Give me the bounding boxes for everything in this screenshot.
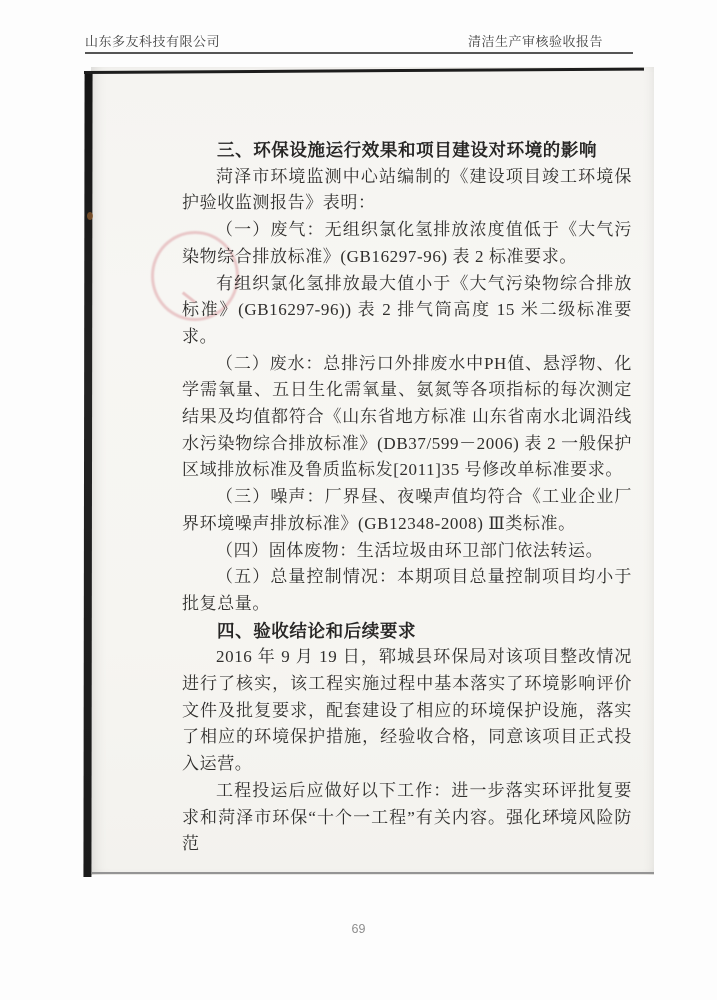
scan-stain — [87, 212, 93, 220]
report-header: 山东多友科技有限公司 清洁生产审核验收报告 — [85, 31, 633, 50]
paragraph-waste-gas-2: 有组织氯化氢排放最大值小于《大气污染物综合排放标准》(GB16297-96)) … — [182, 271, 632, 351]
scan-bottom-edge — [92, 872, 654, 874]
paragraph-waste-gas-1: （一）废气：无组织氯化氢排放浓度值低于《大气污染物综合排放标准》(GB16297… — [182, 217, 632, 270]
paragraph-noise: （三）噪声：厂界昼、夜噪声值均符合《工业企业厂界环境噪声排放标准》(GB1234… — [182, 484, 632, 537]
report-title: 清洁生产审核验收报告 — [468, 31, 603, 50]
page-root: { "header": { "company": "山东多友科技有限公司", "… — [0, 0, 717, 1000]
scan-left-edge — [83, 71, 92, 877]
company-name: 山东多友科技有限公司 — [85, 31, 220, 50]
paragraph-total-control: （五）总量控制情况：本期项目总量控制项目均小于批复总量。 — [182, 564, 632, 617]
scan-page-number: -3- — [546, 806, 563, 821]
header-rule — [85, 52, 633, 54]
document-body: 三、环保设施运行效果和项目建设对环境的影响 菏泽市环境监测中心站编制的《建设项目… — [182, 137, 632, 858]
paragraph-followup: 工程投运后应做好以下工作：进一步落实环评批复要求和菏泽市环保“十个一工程”有关内… — [182, 778, 632, 858]
paragraph-waste-water: （二）废水：总排污口外排废水中PH值、悬浮物、化学需氧量、五日生化需氧量、氨氮等… — [182, 351, 632, 485]
section-3-heading: 三、环保设施运行效果和项目建设对环境的影响 — [182, 137, 632, 164]
paragraph-monitoring-report: 菏泽市环境监测中心站编制的《建设项目竣工环境保护验收监测报告》表明： — [182, 164, 632, 217]
paragraph-solid-waste: （四）固体废物：生活垃圾由环卫部门依法转运。 — [182, 538, 632, 565]
footer-page-number: 69 — [0, 922, 717, 936]
paragraph-conclusion: 2016 年 9 月 19 日，郓城县环保局对该项目整改情况进行了核实，该工程实… — [182, 644, 632, 778]
section-4-heading: 四、验收结论和后续要求 — [182, 618, 632, 645]
